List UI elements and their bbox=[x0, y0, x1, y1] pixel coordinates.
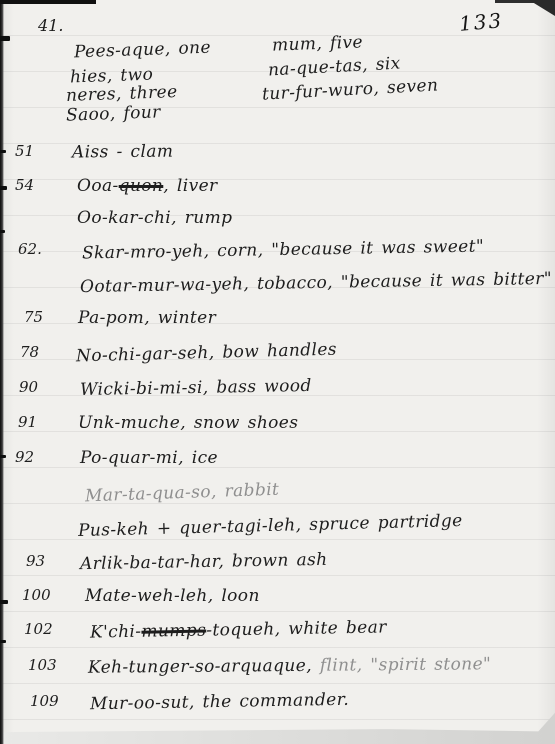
entry-text-part: Ooa- bbox=[77, 176, 119, 196]
entry-number: 91 bbox=[18, 413, 37, 431]
entry-text: Keh-tunger-so-arquaque, flint, "spirit s… bbox=[88, 654, 491, 678]
scanned-notebook-page: 133 41. Pees-aque, one hies, two neres, … bbox=[0, 0, 555, 744]
entry-number: 92 bbox=[15, 448, 34, 466]
numeral-text: neres, three bbox=[66, 82, 178, 106]
section-number: 41. bbox=[38, 16, 63, 35]
entry-text-struck: mumps bbox=[141, 621, 206, 642]
entry-number: 75 bbox=[24, 308, 43, 326]
binding-mark bbox=[0, 186, 7, 190]
entry-number: 51 bbox=[15, 142, 34, 160]
entry-number: 103 bbox=[28, 656, 57, 674]
binding-mark bbox=[0, 600, 8, 604]
binding-mark bbox=[0, 455, 6, 458]
entry-number: 93 bbox=[26, 552, 45, 570]
entry-number: 62. bbox=[18, 240, 42, 258]
entry-number: 78 bbox=[20, 343, 39, 361]
scanner-corner-shadow bbox=[529, 0, 555, 16]
entry-text: Wicki-bi-mi-si, bass wood bbox=[80, 376, 312, 400]
binding-edge bbox=[0, 0, 4, 744]
entry-number: 109 bbox=[30, 692, 59, 710]
numeral-text: Saoo, four bbox=[66, 102, 161, 125]
entry-text: Mate-weh-leh, loon bbox=[85, 586, 260, 606]
entry-text: Ooa-quon, liver bbox=[77, 176, 218, 196]
entry-text-part: K'chi- bbox=[90, 622, 142, 643]
entry-text: Aiss - clam bbox=[72, 142, 173, 163]
entry-text: Unk-muche, snow shoes bbox=[78, 413, 298, 433]
entry-text-struck: quon bbox=[119, 176, 164, 196]
entry-number: 90 bbox=[19, 378, 38, 396]
entry-text-light: flint, "spirit stone" bbox=[312, 654, 491, 676]
entry-text: Po-quar-mi, ice bbox=[80, 448, 218, 468]
binding-mark bbox=[0, 150, 6, 153]
entry-number: 100 bbox=[22, 586, 51, 604]
entry-text: Oo-kar-chi, rump bbox=[77, 208, 232, 228]
entry-number: 102 bbox=[24, 620, 53, 638]
binding-mark bbox=[0, 36, 10, 41]
entry-text: Pa-pom, winter bbox=[78, 308, 216, 328]
binding-mark bbox=[0, 640, 6, 643]
entry-number: 54 bbox=[15, 176, 34, 194]
entry-text-part: , liver bbox=[163, 176, 217, 196]
entry-text-part: -toqueh, white bear bbox=[206, 617, 387, 640]
binding-mark bbox=[0, 230, 5, 233]
entry-text-part: Keh-tunger-so-arquaque, bbox=[88, 656, 312, 678]
numeral-text: mum, five bbox=[272, 32, 364, 55]
scanner-edge-strip bbox=[0, 0, 96, 4]
page-number: 133 bbox=[458, 8, 504, 36]
